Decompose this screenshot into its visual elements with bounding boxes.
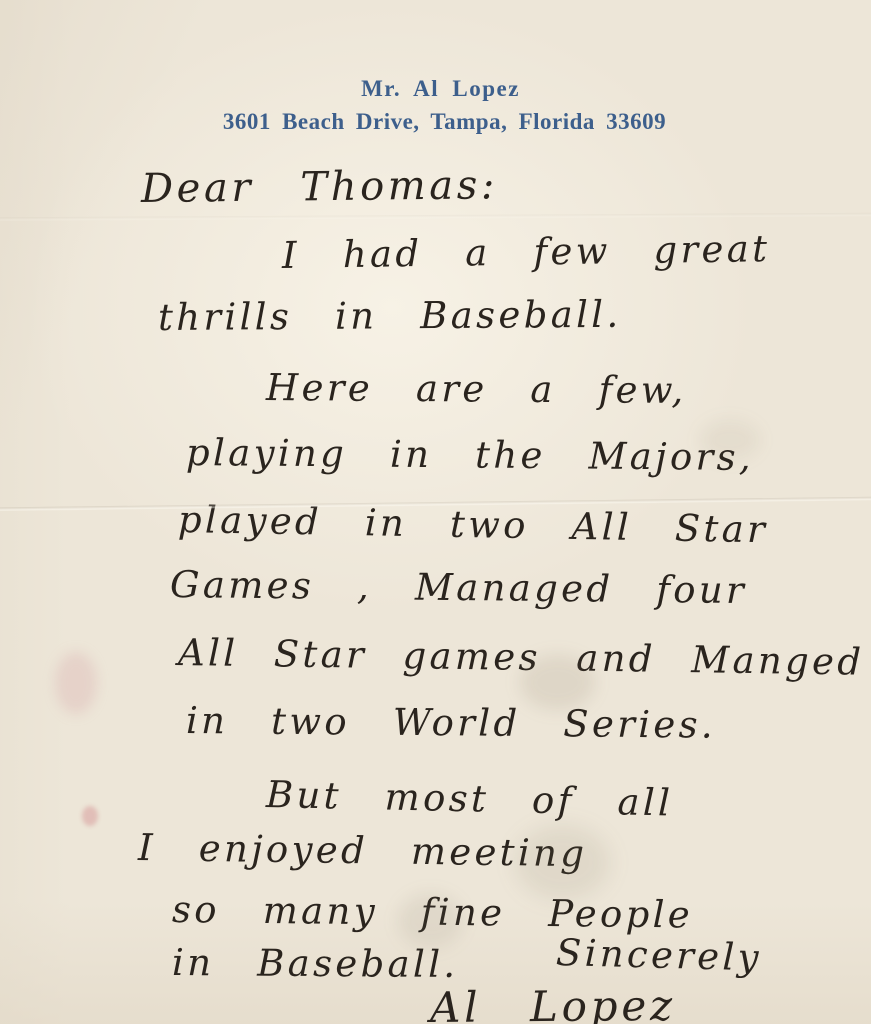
salutation: Dear Thomas: xyxy=(141,162,498,212)
pink-dot-smudge xyxy=(82,806,98,826)
body-line-4: playing in the Majors, xyxy=(186,431,754,479)
letter-paper: Mr. Al Lopez 3601 Beach Drive, Tampa, Fl… xyxy=(0,0,871,1024)
letterhead: Mr. Al Lopez 3601 Beach Drive, Tampa, Fl… xyxy=(0,76,871,135)
body-line-3: Here are a few, xyxy=(266,366,687,412)
body-line-8: in two World Series. xyxy=(186,699,716,747)
letterhead-name: Mr. Al Lopez xyxy=(10,76,871,102)
body-line-9: But most of all xyxy=(266,773,674,825)
body-line-12: in Baseball. xyxy=(172,941,459,986)
body-line-5: played in two All Star xyxy=(178,498,769,551)
body-line-2: thrills in Baseball. xyxy=(158,293,622,339)
signature: Al Lopez xyxy=(430,981,676,1024)
pink-smudge xyxy=(55,652,97,714)
closing: Sincerely xyxy=(555,931,762,979)
fold-crease-faint xyxy=(0,213,871,222)
letterhead-address: 3601 Beach Drive, Tampa, Florida 33609 xyxy=(18,109,871,135)
body-line-7: All Star games and Manged xyxy=(178,631,865,684)
body-line-10: I enjoyed meeting xyxy=(138,826,588,875)
body-line-6: Games , Managed four xyxy=(170,563,747,612)
body-line-1: I had a few great xyxy=(282,227,771,277)
body-line-11: so many fine People xyxy=(172,888,693,936)
